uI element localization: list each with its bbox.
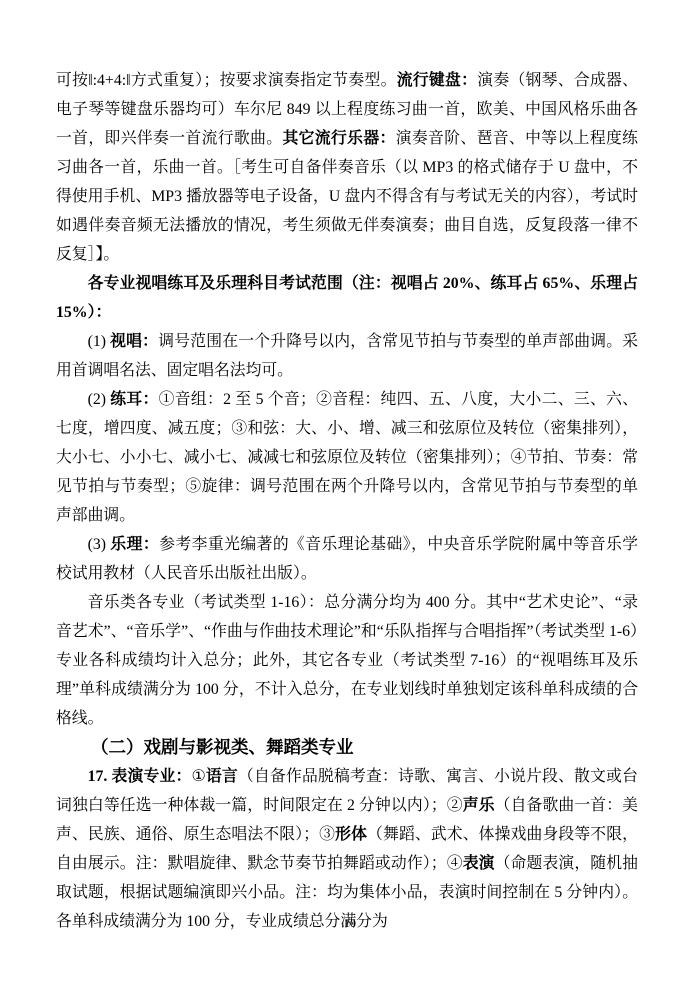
- text-run: 语言: [206, 768, 238, 785]
- text-run: 各专业视唱练耳及乐理科目考试范围（注：视唱占 20%、练耳占 65%、乐理占 1…: [56, 275, 638, 321]
- text-run: 演奏音阶、琶音、中等以上程度练习曲各一首，乐曲一首。［考生可自备伴奏音乐（以 M…: [56, 130, 638, 263]
- text-run: 流行键盘：: [397, 72, 478, 89]
- document-page: 可按‖:4+4:‖方式重复）；按要求演奏指定节奏型。流行键盘：演奏（钢琴、合成器…: [0, 0, 700, 990]
- text-run: (2): [88, 391, 111, 408]
- paragraph-1: 可按‖:4+4:‖方式重复）；按要求演奏指定节奏型。流行键盘：演奏（钢琴、合成器…: [56, 66, 638, 269]
- text-run: 表演: [463, 855, 495, 872]
- paragraph-2: 各专业视唱练耳及乐理科目考试范围（注：视唱占 20%、练耳占 65%、乐理占 1…: [56, 269, 638, 327]
- paragraph-6: 音乐类各专业（考试类型 1-16）：总分满分均为 400 分。其中“艺术史论”、…: [56, 588, 638, 733]
- paragraph-7: （二）戏剧与影视类、舞蹈类专业: [56, 733, 638, 762]
- text-run: 音乐类各专业（考试类型 1-16）：总分满分均为 400 分。其中“艺术史论”、…: [56, 594, 638, 727]
- text-run: (1): [88, 333, 111, 350]
- text-run: 乐理：: [110, 536, 159, 553]
- text-run: (3): [88, 536, 111, 553]
- paragraph-4: (2) 练耳：①音组：2 至 5 个音；②音程：纯四、五、八度，大小二、三、六、…: [56, 385, 638, 530]
- paragraph-8: 17. 表演专业：①语言（自备作品脱稿考查：诗歌、寓言、小说片段、散文或台词独白…: [56, 762, 638, 936]
- text-run: 其它流行乐器：: [282, 130, 395, 147]
- text-run: （二）戏剧与影视类、舞蹈类专业: [91, 737, 354, 757]
- paragraph-3: (1) 视唱：调号范围在一个升降号以内，含常见节拍与节奏型的单声部曲调。采用首调…: [56, 327, 638, 385]
- text-run: ①音组：2 至 5 个音；②音程：纯四、五、八度，大小二、三、六、七度，增四度、…: [56, 391, 638, 524]
- text-run: 练耳：: [110, 391, 158, 408]
- text-run: 17. 表演专业：: [88, 768, 192, 785]
- text-run: 可按‖:4+4:‖方式重复）；按要求演奏指定节奏型。: [56, 72, 397, 89]
- text-run: 声乐: [463, 797, 495, 814]
- paragraph-5: (3) 乐理：参考李重光编著的《音乐理论基础》，中央音乐学院附属中等音乐学校试用…: [56, 530, 638, 588]
- page-number: 10: [0, 916, 700, 931]
- document-content: 可按‖:4+4:‖方式重复）；按要求演奏指定节奏型。流行键盘：演奏（钢琴、合成器…: [56, 66, 638, 936]
- text-run: 形体: [335, 826, 367, 843]
- text-run: ①: [192, 768, 206, 785]
- text-run: 视唱：: [110, 333, 158, 350]
